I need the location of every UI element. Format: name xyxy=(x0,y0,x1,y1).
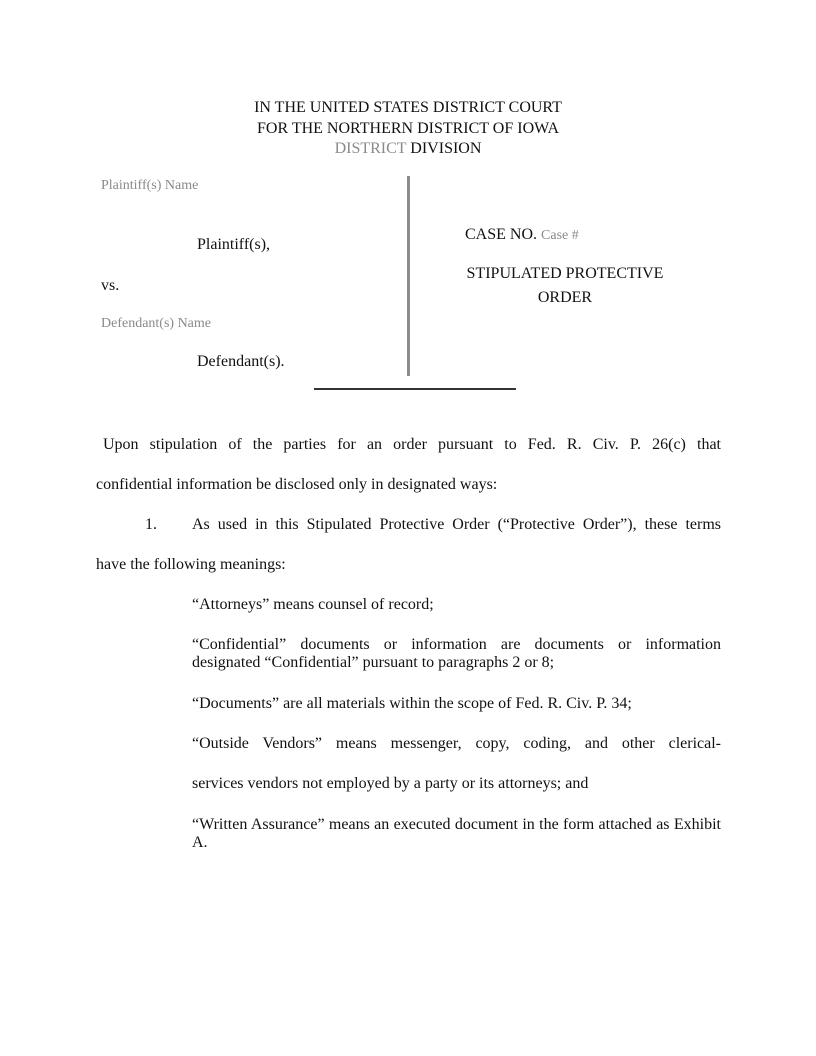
paragraph-1-line2: have the following meanings: xyxy=(96,556,286,574)
intro-line1: Upon stipulation of the parties for an o… xyxy=(103,436,721,454)
document-title-line2: ORDER xyxy=(440,289,690,307)
case-number-line: CASE NO. Case # xyxy=(465,226,579,244)
division-placeholder-field[interactable]: DISTRICT xyxy=(335,140,407,157)
caption-divider xyxy=(407,176,410,376)
definition-written-assurance: “Written Assurance” means an executed do… xyxy=(192,816,721,852)
division-line: DISTRICT DIVISION xyxy=(0,138,816,159)
document-title-line1: STIPULATED PROTECTIVE xyxy=(440,265,690,283)
case-number-field[interactable]: Case # xyxy=(541,228,579,243)
definition-outside-vendors-line1: “Outside Vendors” means messenger, copy,… xyxy=(192,735,721,753)
plaintiff-label: Plaintiff(s), xyxy=(197,236,270,254)
caption-underline xyxy=(314,388,516,390)
court-name-line1: IN THE UNITED STATES DISTRICT COURT xyxy=(0,97,816,118)
case-no-label: CASE NO. xyxy=(465,226,537,243)
definition-outside-vendors-line2: services vendors not employed by a party… xyxy=(192,775,588,793)
paragraph-1-line1: As used in this Stipulated Protective Or… xyxy=(192,516,721,534)
court-name-line2: FOR THE NORTHERN DISTRICT OF IOWA xyxy=(0,118,816,139)
plaintiff-name-field[interactable]: Plaintiff(s) Name xyxy=(101,178,198,194)
definition-attorneys: “Attorneys” means counsel of record; xyxy=(192,596,434,614)
definition-confidential: “Confidential” documents or information … xyxy=(192,636,721,672)
division-label: DIVISION xyxy=(410,140,481,157)
intro-line2: confidential information be disclosed on… xyxy=(96,476,497,494)
vs-label: vs. xyxy=(101,277,119,295)
paragraph-1-number: 1. xyxy=(145,516,157,534)
definition-documents: “Documents” are all materials within the… xyxy=(192,695,632,713)
defendant-name-field[interactable]: Defendant(s) Name xyxy=(101,316,211,332)
defendant-label: Defendant(s). xyxy=(197,353,285,371)
